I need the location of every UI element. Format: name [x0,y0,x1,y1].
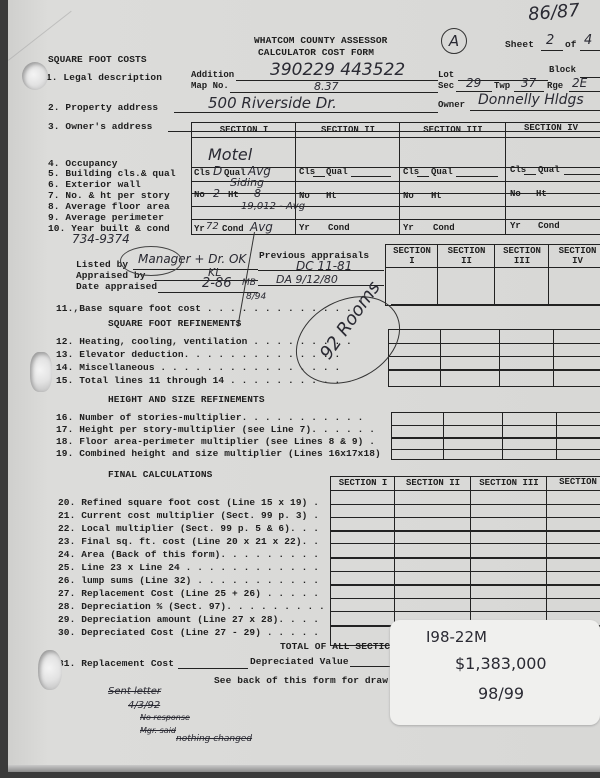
phone-note: 734-9374 [72,232,130,246]
punch-hole-bottom [38,650,62,690]
cond-label-s1: Cond [222,224,244,234]
crossed-note-sent-letter: Sent letter [108,686,161,697]
line-22: 22. Local multiplier (Sect. 99 p. 5 & 6)… [58,523,319,534]
sqft-refinements-table [388,329,600,387]
height-refinements-table [391,412,600,460]
yr-label-s2: Yr [299,223,310,233]
line-19: 19. Combined height and size multiplier … [56,448,381,459]
yr-label-s4: Yr [510,221,521,231]
no-label-s4: No [510,189,521,199]
prev-section-2-bottom: II [438,256,495,266]
depreciated-value-label: Depreciated Value [250,656,349,667]
no-label-s2: No [299,191,310,201]
line-27: 27. Replacement Cost (Line 25 + 26) . . … [58,588,319,599]
form-title-line2: CALCULATOR COST FORM [258,47,374,58]
sec-value: 29 [466,76,481,90]
row-label-floor-area: 8. Average floor area [48,201,170,212]
fiscal-year-note: 86/87 [527,0,581,25]
legal-description-label: 1. Legal description [46,72,162,83]
height-refinements-heading: HEIGHT AND SIZE REFINEMENTS [108,394,265,405]
date-appraised-label: Date appraised [76,281,157,292]
of-label: of [565,39,577,50]
sticky-amount: $1,383,000 [455,654,547,673]
cls-value-s1: D [213,164,222,178]
qual-label-s4: Qual [538,165,560,175]
row-label-building-class: 5. Building cls.& qual [48,168,176,179]
line-16: 16. Number of stories-multiplier. . . . … [56,412,363,423]
prev-section-1-top: SECTION [386,246,438,256]
yr-value-s1: 72 [206,221,219,232]
line-25: 25. Line 23 x Line 24 . . . . . . . . . … [58,562,319,573]
punch-hole-middle [30,352,52,392]
owner-label: Owner [438,100,465,110]
sheet-total: 4 [584,33,592,48]
form-left-title: SQUARE FOOT COSTS [48,54,147,65]
see-back-note: See back of this form for draw [214,675,388,686]
block-label: Block [549,65,576,75]
row-label-stories: 7. No. & ht per story [48,190,170,201]
cond-label-s3: Cond [433,223,455,233]
line-18: 18. Floor area-perimeter multiplier (see… [56,436,375,447]
sticky-year: 98/99 [478,684,524,703]
previous-appraisal-2: DA 9/12/80 [276,273,338,286]
prev-section-4-top: SECTION [549,246,600,256]
section-1-header: SECTION I [192,125,296,135]
date-note-8-94: 8/94 [246,292,266,302]
property-address-value: 500 Riverside Dr. [208,94,337,112]
prev-section-3-bottom: III [495,256,549,266]
final-calculations-heading: FINAL CALCULATIONS [108,469,212,480]
addition-value: 390229 443522 [270,60,405,80]
previous-appraisals-table: SECTION I SECTION II SECTION III SECTION… [385,244,600,306]
map-no-value: 8.37 [314,80,339,93]
cond-label-s4: Cond [538,221,560,231]
ht-value-s1: 8 [254,187,261,200]
line-30: 30. Depreciated Cost (Line 27 - 29) . . … [58,627,319,638]
punch-hole-top [22,62,48,90]
qual-label-s3: Qual [431,167,453,177]
cond-label-s2: Cond [328,223,350,233]
line-11-base-cost: 11.,Base square foot cost . . . . . . . … [56,303,352,314]
ht-label-s4: Ht [536,189,547,199]
sheet-number: 2 [546,33,554,48]
qual-label-s2: Qual [326,167,348,177]
final-section-4-header: SECTION [547,477,600,487]
section-3-header: SECTION III [400,125,506,135]
sqft-refinements-heading: SQUARE FOOT REFINEMENTS [108,318,241,329]
owner-value: Donnelly Hldgs [478,92,584,108]
rge-value: 2E [572,76,587,90]
form-title-line1: WHATCOM COUNTY ASSESSOR [254,35,387,46]
no-label-s3: No [403,191,414,201]
sheet-label: Sheet [505,39,534,50]
listed-by-circle [120,246,182,276]
floor-area-value: 19,012 - Avg [241,201,305,212]
crossed-note-no-response: No response [140,713,190,722]
final-section-2-header: SECTION II [395,478,471,488]
line-21: 21. Current cost multiplier (Sect. 99 p.… [58,510,319,521]
line-31-replacement-label: 31. Replacement Cost [58,658,174,669]
circled-a-mark: A [441,28,467,54]
map-no-label: Map No. [191,81,229,91]
lot-label: Lot [438,70,454,80]
no-value-s1: 2 [213,187,220,200]
total-all-sections-heading: TOTAL OF ALL SECTIC [280,641,390,652]
no-label-s1: No [194,190,205,200]
date-appraised-value: 2-86 [202,276,232,291]
row-label-exterior-wall: 6. Exterior wall [48,179,141,190]
prev-section-1-bottom: I [386,256,438,266]
cls-label-s1: Cls [194,168,210,178]
section-2-header: SECTION II [296,125,400,135]
yr-label-s3: Yr [403,223,414,233]
occupancy-value: Motel [208,145,252,164]
line-15: 15. Total lines 11 through 14 . . . . . … [56,375,340,386]
line-23: 23. Final sq. ft. cost (Line 20 x 21 x 2… [58,536,319,547]
ht-label-s2: Ht [326,191,337,201]
sticky-label: I98-22M $1,383,000 98/99 [390,620,600,725]
twp-label: Twp [494,81,510,91]
crossed-note-nothing-changed: nothing changed [176,734,252,744]
prev-section-2-top: SECTION [438,246,495,256]
row-label-perimeter: 9. Average perimeter [48,212,164,223]
previous-appraisal-1: DC 11-81 [296,259,352,273]
line-26: 26. lump sums (Line 32) . . . . . . . . … [58,575,319,586]
rge-label: Rge [547,81,563,91]
final-section-3-header: SECTION III [471,478,547,488]
property-address-label: 2. Property address [48,102,158,113]
twp-value: 37 [521,76,536,90]
sticky-id: I98-22M [426,628,487,646]
yr-label-s1: Yr [194,224,205,234]
line-17: 17. Height per story-multiplier (see Lin… [56,424,375,435]
line-24: 24. Area (Back of this form). . . . . . … [58,549,319,560]
sec-label: Sec [438,81,454,91]
addition-label: Addition [191,70,234,80]
line-29: 29. Depreciation amount (Line 27 x 28). … [58,614,319,625]
line-28: 28. Depreciation % (Sect. 97). . . . . .… [58,601,325,612]
line-20: 20. Refined square foot cost (Line 15 x … [58,497,319,508]
owners-address-label: 3. Owner's address [48,121,152,132]
final-section-1-header: SECTION I [331,478,395,488]
section-4-header: SECTION IV [506,123,596,133]
prev-section-3-top: SECTION [495,246,549,256]
crossed-note-date: 4/3/92 [128,700,160,711]
prev-section-4-bottom: IV [549,256,600,266]
ht-label-s3: Ht [431,191,442,201]
ht-label-s1: Ht [228,190,239,200]
crossed-note-mgr-said: Mgr. said [140,726,176,735]
page-bottom-edge [8,765,600,772]
